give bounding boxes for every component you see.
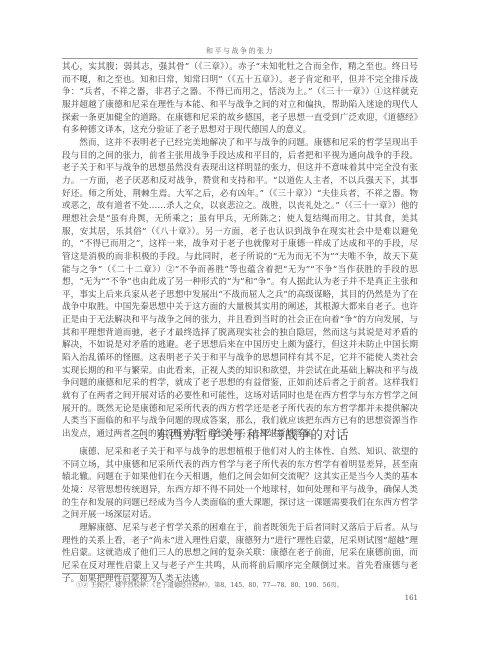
paragraph: 理解康德、尼采与老子哲学关系的困难在于，前者既领先于后者同时又落后于后者。从与理… [62, 522, 418, 585]
page-number: 161 [400, 594, 418, 602]
body-text-part2: 康德、尼采和老子关于和平与战争的思想植根于他们对人的主体性、自然、知识、欲望的不… [62, 446, 418, 585]
running-head: 和平与战争的张力 [0, 46, 480, 56]
footnote: ①② 王弼注，楼宇烈校释：《老子道德经注校释》，第8、145、80、77—78、… [76, 580, 416, 589]
footnote-rule [62, 573, 162, 574]
section-title: 三、东西方哲学关于和平与战争的对话 [0, 425, 480, 443]
paragraph: 其心，实其腹；弱其志，强其骨”（《三章》）。赤子“未知牝牡之合而全作，精之至也。… [62, 61, 418, 137]
body-text-part1: 其心，实其腹；弱其志，强其骨”（《三章》）。赤子“未知牝牡之合而全作，精之至也。… [62, 61, 418, 441]
paragraph: 康德、尼采和老子关于和平与战争的思想植根于他们对人的主体性、自然、知识、欲望的不… [62, 446, 418, 522]
paragraph: 然而，这并不表明老子已经完美地解决了和平与战争的问题。康德和尼采的哲学呈现出手段… [62, 137, 418, 441]
header-rule [62, 58, 418, 59]
